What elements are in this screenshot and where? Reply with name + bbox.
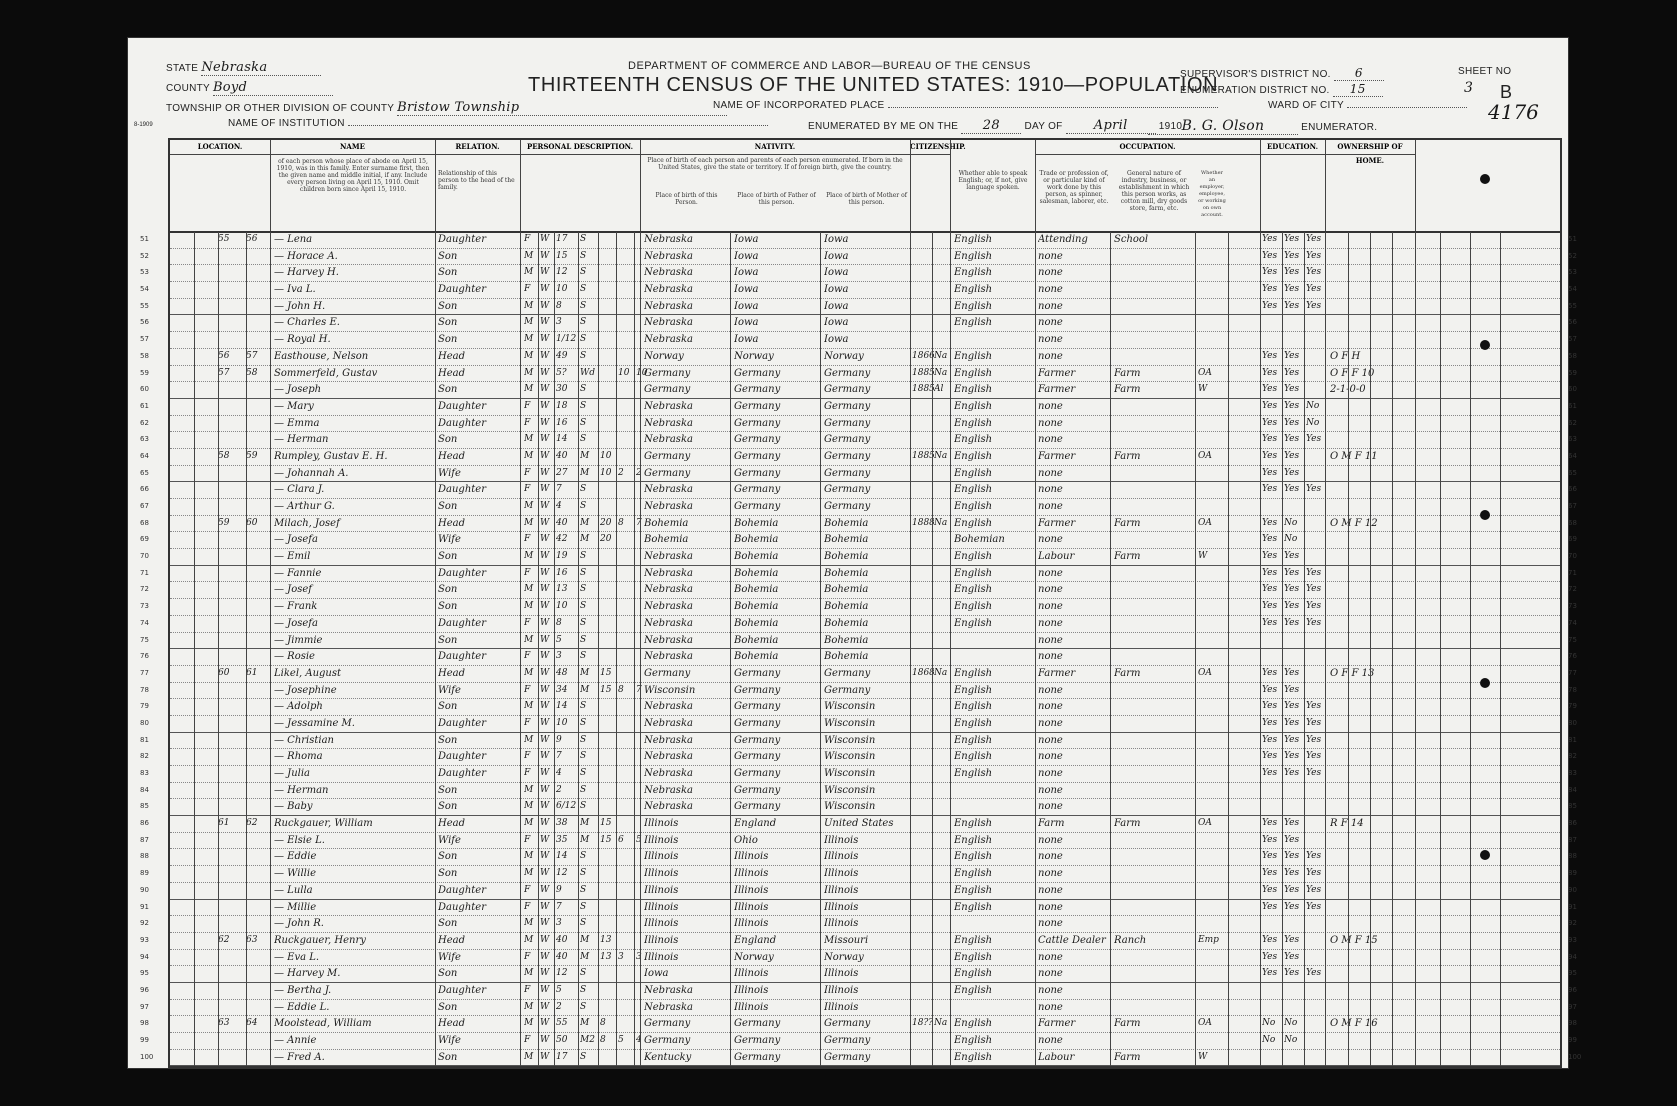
cell-relation: Son bbox=[438, 733, 518, 748]
cell-language: English bbox=[954, 1033, 1032, 1048]
cell-birth: Nebraska bbox=[644, 983, 732, 998]
cell-language: English bbox=[954, 666, 1032, 681]
cell-race: W bbox=[540, 883, 554, 898]
cell-family: 56 bbox=[246, 232, 268, 247]
cell-race: W bbox=[540, 299, 554, 314]
cell-father-birth: Germany bbox=[734, 482, 822, 497]
cell-birth: Illinois bbox=[644, 866, 732, 881]
cell-immig: 1885 bbox=[912, 449, 934, 464]
cell-race: W bbox=[540, 382, 554, 397]
cell-relation: Daughter bbox=[438, 900, 518, 915]
cell-race: W bbox=[540, 582, 554, 597]
cell-relation: Daughter bbox=[438, 649, 518, 664]
cell-name: Milach, Josef bbox=[274, 516, 432, 531]
line-number: 62 bbox=[140, 419, 149, 427]
line-number: 90 bbox=[1568, 886, 1577, 894]
cell-mother-birth: Wisconsin bbox=[824, 749, 910, 764]
cell-trade: none bbox=[1038, 699, 1112, 714]
cell-write: Yes bbox=[1284, 265, 1304, 280]
cell-age: 1/12 bbox=[556, 332, 578, 347]
cell-marital: M bbox=[580, 466, 598, 481]
cell-father-birth: Illinois bbox=[734, 966, 822, 981]
cell-mother-birth: Bohemia bbox=[824, 616, 910, 631]
cell-age: 55 bbox=[556, 1016, 578, 1031]
cell-mother-birth: Bohemia bbox=[824, 633, 910, 648]
cell-marital: M bbox=[580, 516, 598, 531]
cell-marital: S bbox=[580, 749, 598, 764]
cell-trade: Cattle Dealer bbox=[1038, 933, 1112, 948]
cell-trade: none bbox=[1038, 966, 1112, 981]
cell-age: 27 bbox=[556, 466, 578, 481]
cell-birth: Illinois bbox=[644, 916, 732, 931]
cell-school: Yes bbox=[1306, 883, 1326, 898]
census-row: 100100— Fred A.SonMW17SKentuckyGermanyGe… bbox=[170, 1050, 1560, 1067]
cell-trade: Labour bbox=[1038, 1050, 1112, 1065]
cell-age: 7 bbox=[556, 900, 578, 915]
cell-birth: Nebraska bbox=[644, 783, 732, 798]
cell-age: 50 bbox=[556, 1033, 578, 1048]
cell-own: O F H bbox=[1330, 349, 1414, 364]
cell-school: Yes bbox=[1306, 432, 1326, 447]
line-number: 59 bbox=[1568, 369, 1577, 377]
line-number: 52 bbox=[140, 252, 149, 260]
cell-father-birth: Illinois bbox=[734, 983, 822, 998]
cell-age: 16 bbox=[556, 416, 578, 431]
cell-read: Yes bbox=[1262, 399, 1282, 414]
cell-read: Yes bbox=[1262, 900, 1282, 915]
census-row: 6666— Clara J.DaughterFW7SNebraskaGerman… bbox=[170, 482, 1560, 499]
cell-sex: M bbox=[524, 332, 538, 347]
cell-sex: F bbox=[524, 716, 538, 731]
census-row: 58585657Easthouse, NelsonHeadMW49SNorway… bbox=[170, 349, 1560, 366]
cell-age: 40 bbox=[556, 449, 578, 464]
cell-mother-birth: Germany bbox=[824, 666, 910, 681]
cell-birth: Illinois bbox=[644, 849, 732, 864]
enumerated-day: 28 bbox=[961, 118, 1021, 134]
cell-father-birth: Germany bbox=[734, 366, 822, 381]
cell-relation: Daughter bbox=[438, 749, 518, 764]
line-number: 87 bbox=[1568, 836, 1577, 844]
cell-age: 3 bbox=[556, 315, 578, 330]
cell-read: Yes bbox=[1262, 849, 1282, 864]
cell-emp: W bbox=[1198, 1050, 1224, 1065]
group-relation: RELATION. bbox=[435, 140, 521, 155]
cell-trade: Farmer bbox=[1038, 449, 1112, 464]
census-row: 8181— ChristianSonMW9SNebraskaGermanyWis… bbox=[170, 733, 1560, 750]
line-number: 75 bbox=[1568, 636, 1577, 644]
column-header: LOCATION. NAME RELATION. PERSONAL DESCRI… bbox=[168, 138, 1562, 233]
cell-dwelling: 55 bbox=[218, 232, 240, 247]
line-number: 53 bbox=[140, 268, 149, 276]
cell-race: W bbox=[540, 416, 554, 431]
cell-sex: F bbox=[524, 232, 538, 247]
line-number: 54 bbox=[140, 285, 149, 293]
line-number: 76 bbox=[140, 652, 149, 660]
cell-natz: Na bbox=[934, 366, 950, 381]
cell-name: — Harvey H. bbox=[274, 265, 432, 280]
cell-mother-birth: Illinois bbox=[824, 833, 910, 848]
line-number: 69 bbox=[1568, 535, 1577, 543]
cell-father-birth: Iowa bbox=[734, 332, 822, 347]
cell-read: Yes bbox=[1262, 232, 1282, 247]
cell-read: Yes bbox=[1262, 282, 1282, 297]
cell-sex: M bbox=[524, 916, 538, 931]
line-number: 61 bbox=[1568, 402, 1577, 410]
cell-father-birth: Germany bbox=[734, 716, 822, 731]
cell-marital: S bbox=[580, 716, 598, 731]
cell-mother-birth: Bohemia bbox=[824, 532, 910, 547]
sheet-number-value: 3 bbox=[1464, 80, 1473, 96]
cell-mother-birth: Germany bbox=[824, 1050, 910, 1065]
cell-birth: Nebraska bbox=[644, 766, 732, 781]
cell-age: 3 bbox=[556, 649, 578, 664]
cell-marital: S bbox=[580, 633, 598, 648]
cell-age: 12 bbox=[556, 966, 578, 981]
group-education: EDUCATION. bbox=[1260, 140, 1326, 155]
cell-relation: Son bbox=[438, 582, 518, 597]
cell-age: 15 bbox=[556, 249, 578, 264]
cell-trade: none bbox=[1038, 349, 1112, 364]
cell-name: — Rhoma bbox=[274, 749, 432, 764]
cell-relation: Head bbox=[438, 816, 518, 831]
cell-own: O F F 10 bbox=[1330, 366, 1414, 381]
cell-family: 61 bbox=[246, 666, 268, 681]
line-number: 91 bbox=[140, 903, 149, 911]
cell-trade: none bbox=[1038, 866, 1112, 881]
cell-dwelling: 63 bbox=[218, 1016, 240, 1031]
cell-own: 2-1-0-0 bbox=[1330, 382, 1414, 397]
cell-father-birth: Germany bbox=[734, 666, 822, 681]
cell-school: Yes bbox=[1306, 900, 1326, 915]
cell-read: Yes bbox=[1262, 416, 1282, 431]
cell-name: — Harvey M. bbox=[274, 966, 432, 981]
cell-father-birth: Germany bbox=[734, 466, 822, 481]
cell-immig: 1868 bbox=[912, 666, 934, 681]
cell-name: — Clara J. bbox=[274, 482, 432, 497]
cell-age: 17 bbox=[556, 232, 578, 247]
cell-trade: Farmer bbox=[1038, 366, 1112, 381]
department-title: DEPARTMENT OF COMMERCE AND LABOR—BUREAU … bbox=[628, 60, 1031, 72]
cell-birth: Nebraska bbox=[644, 699, 732, 714]
cell-emp: W bbox=[1198, 549, 1224, 564]
cell-industry: Farm bbox=[1114, 366, 1194, 381]
cell-write: Yes bbox=[1284, 883, 1304, 898]
cell-name: — Herman bbox=[274, 783, 432, 798]
cell-emp: OA bbox=[1198, 366, 1224, 381]
cell-sex: F bbox=[524, 950, 538, 965]
line-number: 72 bbox=[140, 585, 149, 593]
line-number: 71 bbox=[1568, 569, 1577, 577]
cell-relation: Son bbox=[438, 249, 518, 264]
cell-years-married: 13 bbox=[600, 933, 616, 948]
cell-age: 12 bbox=[556, 265, 578, 280]
enumerated-date-field: Enumerated by me on the 28 day of April … bbox=[808, 118, 1185, 134]
cell-school: Yes bbox=[1306, 265, 1326, 280]
cell-write: No bbox=[1284, 1033, 1304, 1048]
cell-sex: M bbox=[524, 783, 538, 798]
cell-age: 9 bbox=[556, 733, 578, 748]
line-number: 64 bbox=[140, 452, 149, 460]
cell-age: 5? bbox=[556, 366, 578, 381]
line-number: 97 bbox=[1568, 1003, 1577, 1011]
cell-trade: none bbox=[1038, 883, 1112, 898]
cell-age: 14 bbox=[556, 849, 578, 864]
cell-read: Yes bbox=[1262, 582, 1282, 597]
cell-immig: 18?? bbox=[912, 1016, 934, 1031]
cell-relation: Son bbox=[438, 799, 518, 814]
cell-trade: none bbox=[1038, 900, 1112, 915]
employer-header: Whether an employer, employee, or workin… bbox=[1198, 170, 1226, 219]
cell-name: — Eddie bbox=[274, 849, 432, 864]
cell-father-birth: Illinois bbox=[734, 900, 822, 915]
cell-language: English bbox=[954, 966, 1032, 981]
cell-natz: Na bbox=[934, 1016, 950, 1031]
cell-marital: S bbox=[580, 332, 598, 347]
cell-mother-birth: Illinois bbox=[824, 966, 910, 981]
cell-father-birth: Bohemia bbox=[734, 649, 822, 664]
cell-read: Yes bbox=[1262, 265, 1282, 280]
line-number: 54 bbox=[1568, 285, 1577, 293]
cell-language: English bbox=[954, 749, 1032, 764]
cell-trade: none bbox=[1038, 633, 1112, 648]
cell-write: Yes bbox=[1284, 950, 1304, 965]
cell-name: Easthouse, Nelson bbox=[274, 349, 432, 364]
census-row: 8989— WillieSonMW12SIllinoisIllinoisIlli… bbox=[170, 866, 1560, 883]
cell-mother-birth: Iowa bbox=[824, 282, 910, 297]
cell-race: W bbox=[540, 366, 554, 381]
cell-write: Yes bbox=[1284, 699, 1304, 714]
cell-age: 4 bbox=[556, 499, 578, 514]
cell-own: O M F 11 bbox=[1330, 449, 1414, 464]
enumerator-name: B. G. Olson bbox=[1148, 118, 1298, 135]
cell-trade: none bbox=[1038, 950, 1112, 965]
cell-write: Yes bbox=[1284, 416, 1304, 431]
cell-language: English bbox=[954, 432, 1032, 447]
cell-father-birth: Iowa bbox=[734, 249, 822, 264]
cell-industry: Farm bbox=[1114, 449, 1194, 464]
cell-father-birth: Iowa bbox=[734, 232, 822, 247]
cell-sex: M bbox=[524, 699, 538, 714]
cell-trade: Farmer bbox=[1038, 666, 1112, 681]
line-number: 78 bbox=[140, 686, 149, 694]
cell-name: — Fannie bbox=[274, 566, 432, 581]
cell-mother-birth: Wisconsin bbox=[824, 783, 910, 798]
cell-trade: none bbox=[1038, 1033, 1112, 1048]
cell-mother-birth: Bohemia bbox=[824, 549, 910, 564]
cell-father-birth: Germany bbox=[734, 766, 822, 781]
cell-own: O F F 13 bbox=[1330, 666, 1414, 681]
cell-sex: M bbox=[524, 733, 538, 748]
cell-school: Yes bbox=[1306, 282, 1326, 297]
cell-read: Yes bbox=[1262, 449, 1282, 464]
cell-language: English bbox=[954, 399, 1032, 414]
cell-sex: M bbox=[524, 1050, 538, 1065]
line-number: 84 bbox=[140, 786, 149, 794]
cell-emp: OA bbox=[1198, 666, 1224, 681]
cell-write: Yes bbox=[1284, 816, 1304, 831]
cell-write: Yes bbox=[1284, 482, 1304, 497]
cell-name: — Julia bbox=[274, 766, 432, 781]
cell-write: Yes bbox=[1284, 466, 1304, 481]
line-number: 85 bbox=[140, 802, 149, 810]
cell-father-birth: Germany bbox=[734, 683, 822, 698]
line-number: 65 bbox=[140, 469, 149, 477]
cell-relation: Head bbox=[438, 933, 518, 948]
county-field: County Boyd bbox=[166, 80, 333, 96]
cell-name: — Josef bbox=[274, 582, 432, 597]
census-row: 8282— RhomaDaughterFW7SNebraskaGermanyWi… bbox=[170, 749, 1560, 766]
cell-relation: Son bbox=[438, 315, 518, 330]
cell-age: 42 bbox=[556, 532, 578, 547]
cell-mother-birth: Bohemia bbox=[824, 566, 910, 581]
cell-name: — Eva L. bbox=[274, 950, 432, 965]
census-row: 7171— FannieDaughterFW16SNebraskaBohemia… bbox=[170, 566, 1560, 583]
cell-language: English bbox=[954, 716, 1032, 731]
line-number: 90 bbox=[140, 886, 149, 894]
cell-mother-birth: Germany bbox=[824, 366, 910, 381]
cell-read: Yes bbox=[1262, 966, 1282, 981]
line-number: 72 bbox=[1568, 585, 1577, 593]
line-number: 99 bbox=[140, 1036, 149, 1044]
census-row: 9292— John R.SonMW3SIllinoisIllinoisIlli… bbox=[170, 916, 1560, 933]
line-number: 57 bbox=[1568, 335, 1577, 343]
cell-birth: Nebraska bbox=[644, 399, 732, 414]
cell-birth: Nebraska bbox=[644, 432, 732, 447]
line-number: 99 bbox=[1568, 1036, 1577, 1044]
line-number: 63 bbox=[140, 435, 149, 443]
industry-header: General nature of industry, business, or… bbox=[1114, 170, 1194, 212]
line-number: 62 bbox=[1568, 419, 1577, 427]
cell-marital: S bbox=[580, 783, 598, 798]
cell-own: O M F 16 bbox=[1330, 1016, 1414, 1031]
cell-read: Yes bbox=[1262, 382, 1282, 397]
census-row: 7878— JosephineWifeFW34M1587WisconsinGer… bbox=[170, 683, 1560, 700]
cell-school: Yes bbox=[1306, 249, 1326, 264]
cell-age: 8 bbox=[556, 299, 578, 314]
cell-school: Yes bbox=[1306, 733, 1326, 748]
cell-sex: M bbox=[524, 933, 538, 948]
cell-mother-birth: Bohemia bbox=[824, 516, 910, 531]
cell-language: English bbox=[954, 733, 1032, 748]
cell-sex: M bbox=[524, 582, 538, 597]
line-number: 84 bbox=[1568, 786, 1577, 794]
cell-age: 3 bbox=[556, 916, 578, 931]
cell-write: No bbox=[1284, 516, 1304, 531]
cell-sex: M bbox=[524, 866, 538, 881]
incorporated-place-field: Name of incorporated place bbox=[713, 100, 1218, 111]
cell-race: W bbox=[540, 232, 554, 247]
cell-family: 60 bbox=[246, 516, 268, 531]
cell-children-born: 3 bbox=[618, 950, 634, 965]
cell-birth: Germany bbox=[644, 466, 732, 481]
cell-name: — Charles E. bbox=[274, 315, 432, 330]
cell-read: Yes bbox=[1262, 733, 1282, 748]
cell-marital: S bbox=[580, 249, 598, 264]
group-location: LOCATION. bbox=[170, 140, 271, 155]
cell-relation: Son bbox=[438, 549, 518, 564]
cell-mother-birth: Germany bbox=[824, 1033, 910, 1048]
cell-sex: M bbox=[524, 966, 538, 981]
line-number: 80 bbox=[1568, 719, 1577, 727]
line-number: 95 bbox=[1568, 969, 1577, 977]
cell-trade: none bbox=[1038, 265, 1112, 280]
cell-birth: Nebraska bbox=[644, 549, 732, 564]
line-number: 92 bbox=[140, 919, 149, 927]
line-number: 88 bbox=[140, 852, 149, 860]
cell-age: 14 bbox=[556, 432, 578, 447]
cell-mother-birth: Illinois bbox=[824, 983, 910, 998]
cell-marital: S bbox=[580, 232, 598, 247]
supervisor-district-field: Supervisor's District No. 6 bbox=[1180, 66, 1384, 81]
cell-school: Yes bbox=[1306, 232, 1326, 247]
cell-marital: S bbox=[580, 282, 598, 297]
cell-mother-birth: Bohemia bbox=[824, 649, 910, 664]
cell-trade: Attending bbox=[1038, 232, 1112, 247]
cell-relation: Head bbox=[438, 349, 518, 364]
cell-father-birth: England bbox=[734, 933, 822, 948]
cell-trade: Farm bbox=[1038, 816, 1112, 831]
cell-family: 64 bbox=[246, 1016, 268, 1031]
line-number: 55 bbox=[1568, 302, 1577, 310]
cell-relation: Son bbox=[438, 1050, 518, 1065]
cell-relation: Wife bbox=[438, 833, 518, 848]
cell-age: 10 bbox=[556, 599, 578, 614]
cell-relation: Head bbox=[438, 1016, 518, 1031]
cell-name: — John R. bbox=[274, 916, 432, 931]
cell-age: 30 bbox=[556, 382, 578, 397]
cell-read: Yes bbox=[1262, 749, 1282, 764]
cell-race: W bbox=[540, 733, 554, 748]
cell-relation: Daughter bbox=[438, 232, 518, 247]
cell-trade: none bbox=[1038, 766, 1112, 781]
cell-marital: Wd bbox=[580, 366, 598, 381]
census-row: 7979— AdolphSonMW14SNebraskaGermanyWisco… bbox=[170, 699, 1560, 716]
cell-write: Yes bbox=[1284, 349, 1304, 364]
census-row: 5353— Harvey H.SonMW12SNebraskaIowaIowaE… bbox=[170, 265, 1560, 282]
cell-industry: Farm bbox=[1114, 666, 1194, 681]
cell-industry: Farm bbox=[1114, 1050, 1194, 1065]
cell-marital: S bbox=[580, 849, 598, 864]
cell-language: English bbox=[954, 516, 1032, 531]
cell-father-birth: Germany bbox=[734, 1016, 822, 1031]
cell-immig: 1885 bbox=[912, 382, 934, 397]
stamp-number: 4176 bbox=[1488, 100, 1539, 124]
cell-father-birth: Illinois bbox=[734, 866, 822, 881]
cell-birth: Bohemia bbox=[644, 516, 732, 531]
cell-sex: F bbox=[524, 983, 538, 998]
cell-relation: Wife bbox=[438, 466, 518, 481]
cell-sex: M bbox=[524, 299, 538, 314]
cell-language: English bbox=[954, 599, 1032, 614]
cell-sex: F bbox=[524, 833, 538, 848]
line-number: 76 bbox=[1568, 652, 1577, 660]
cell-trade: none bbox=[1038, 916, 1112, 931]
cell-name: — Eddie L. bbox=[274, 1000, 432, 1015]
cell-language: English bbox=[954, 933, 1032, 948]
cell-trade: none bbox=[1038, 716, 1112, 731]
cell-name: — Rosie bbox=[274, 649, 432, 664]
cell-marital: S bbox=[580, 549, 598, 564]
cell-relation: Head bbox=[438, 666, 518, 681]
county-value: Boyd bbox=[213, 80, 333, 96]
cell-emp: OA bbox=[1198, 449, 1224, 464]
cell-race: W bbox=[540, 566, 554, 581]
cell-mother-birth: Germany bbox=[824, 1016, 910, 1031]
cell-birth: Germany bbox=[644, 666, 732, 681]
cell-read: Yes bbox=[1262, 532, 1282, 547]
cell-race: W bbox=[540, 482, 554, 497]
cell-write: Yes bbox=[1284, 432, 1304, 447]
